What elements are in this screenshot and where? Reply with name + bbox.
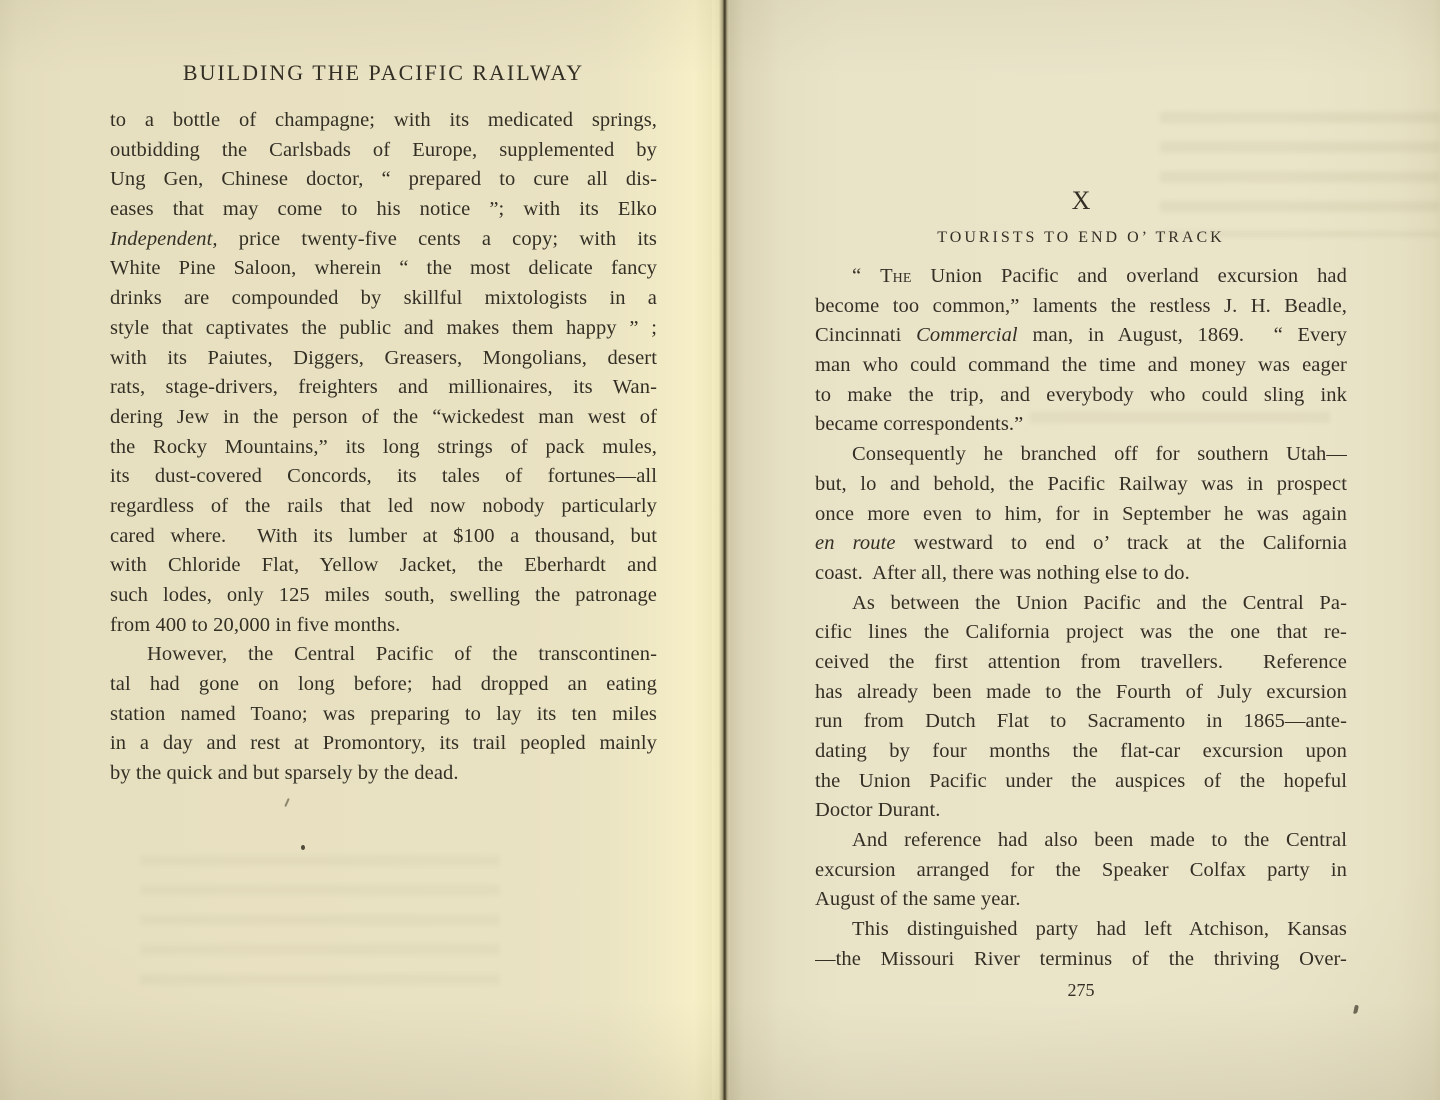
text-line: style that captivates the public and mak… [110, 314, 657, 344]
paragraph: to a bottle of champagne; with its medic… [110, 106, 657, 640]
ink-speck [284, 798, 289, 807]
text-line: —the Missouri River terminus of the thri… [815, 945, 1347, 975]
paragraph: Consequently he branched off for souther… [815, 440, 1347, 588]
text-line: became correspondents.” [815, 410, 1347, 440]
text-line: eases that may come to his notice ”; wit… [110, 195, 657, 225]
text-line: has already been made to the Fourth of J… [815, 678, 1347, 708]
text-line: excursion arranged for the Speaker Colfa… [815, 856, 1347, 886]
text-line: such lodes, only 125 miles south, swelli… [110, 581, 657, 611]
ink-speck [1353, 1005, 1359, 1015]
text-line: become too common,” laments the restless… [815, 292, 1347, 322]
text-line: its dust-covered Concords, its tales of … [110, 462, 657, 492]
text-line: coast. After all, there was nothing else… [815, 559, 1347, 589]
paragraph: This distinguished party had left Atchis… [815, 915, 1347, 974]
text-line: “ The Union Pacific and overland excursi… [815, 262, 1347, 292]
text-line: but, lo and behold, the Pacific Railway … [815, 470, 1347, 500]
chapter-number: X [815, 186, 1347, 216]
paragraph: “ The Union Pacific and overland excursi… [815, 262, 1347, 440]
text-line: rats, stage-drivers, freighters and mill… [110, 373, 657, 403]
text-line: White Pine Saloon, wherein “ the most de… [110, 254, 657, 284]
text-line: Independent, price twenty-five cents a c… [110, 225, 657, 255]
text-line: en route westward to end o’ track at the… [815, 529, 1347, 559]
right-page-body: “ The Union Pacific and overland excursi… [815, 262, 1347, 975]
text-line: However, the Central Pacific of the tran… [110, 640, 657, 670]
book-gutter [712, 0, 730, 1100]
showthrough-ghost [1160, 112, 1440, 237]
text-line: ceived the first attention from travelle… [815, 648, 1347, 678]
text-line: the Union Pacific under the auspices of … [815, 767, 1347, 797]
text-line: to make the trip, and everybody who coul… [815, 381, 1347, 411]
text-line: tal had gone on long before; had dropped… [110, 670, 657, 700]
text-line: August of the same year. [815, 885, 1347, 915]
text-line: drinks are compounded by skillful mixtol… [110, 284, 657, 314]
text-line: to a bottle of champagne; with its medic… [110, 106, 657, 136]
chapter-title: TOURISTS TO END O’ TRACK [815, 229, 1347, 247]
text-line: station named Toano; was preparing to la… [110, 700, 657, 730]
right-page: X TOURISTS TO END O’ TRACK “ The Union P… [730, 0, 1440, 1100]
ink-speck [489, 389, 493, 393]
text-line: Consequently he branched off for souther… [815, 440, 1347, 470]
text-line: by the quick and but sparsely by the dea… [110, 759, 657, 789]
text-line: outbidding the Carlsbads of Europe, supp… [110, 136, 657, 166]
text-line: dating by four months the flat-car excur… [815, 737, 1347, 767]
text-line: regardless of the rails that led now nob… [110, 492, 657, 522]
text-line: in a day and rest at Promontory, its tra… [110, 729, 657, 759]
book-spread: BUILDING THE PACIFIC RAILWAY to a bottle… [0, 0, 1440, 1100]
paragraph: However, the Central Pacific of the tran… [110, 640, 657, 788]
paragraph: And reference had also been made to the … [815, 826, 1347, 915]
text-line: This distinguished party had left Atchis… [815, 915, 1347, 945]
text-line: Doctor Durant. [815, 796, 1347, 826]
left-page: BUILDING THE PACIFIC RAILWAY to a bottle… [0, 0, 712, 1100]
running-header: BUILDING THE PACIFIC RAILWAY [110, 60, 657, 86]
showthrough-ghost [140, 855, 500, 995]
text-line: cared where. With its lumber at $100 a t… [110, 522, 657, 552]
text-line: with Chloride Flat, Yellow Jacket, the E… [110, 551, 657, 581]
text-line: man who could command the time and money… [815, 351, 1347, 381]
text-line: cific lines the California project was t… [815, 618, 1347, 648]
page-number: 275 [815, 980, 1347, 1001]
text-line: Ung Gen, Chinese doctor, “ prepared to c… [110, 165, 657, 195]
text-line: from 400 to 20,000 in five months. [110, 611, 657, 641]
ink-speck [301, 845, 305, 850]
text-line: Cincinnati Commercial man, in August, 18… [815, 321, 1347, 351]
text-line: once more even to him, for in September … [815, 500, 1347, 530]
text-line: And reference had also been made to the … [815, 826, 1347, 856]
left-page-body: to a bottle of champagne; with its medic… [110, 106, 657, 789]
text-line: the Rocky Mountains,” its long strings o… [110, 433, 657, 463]
text-line: run from Dutch Flat to Sacramento in 186… [815, 707, 1347, 737]
text-line: dering Jew in the person of the “wickede… [110, 403, 657, 433]
paragraph: As between the Union Pacific and the Cen… [815, 589, 1347, 827]
text-line: with its Paiutes, Diggers, Greasers, Mon… [110, 344, 657, 374]
text-line: As between the Union Pacific and the Cen… [815, 589, 1347, 619]
